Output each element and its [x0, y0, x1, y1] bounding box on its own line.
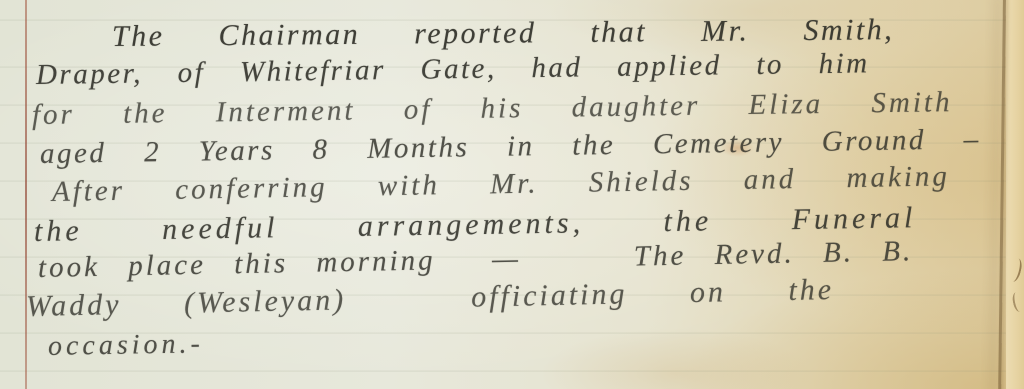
manuscript-line: The Chairman reported that Mr. Smith, — [112, 13, 894, 53]
handwriting-layer: The Chairman reported that Mr. Smith, Dr… — [0, 0, 1024, 389]
manuscript-page: The Chairman reported that Mr. Smith, Dr… — [0, 0, 1024, 389]
manuscript-line: occasion.- — [48, 329, 204, 363]
adjacent-page-edge — [1006, 0, 1024, 389]
manuscript-line: Draper, of Whitefriar Gate, had applied … — [36, 48, 870, 92]
